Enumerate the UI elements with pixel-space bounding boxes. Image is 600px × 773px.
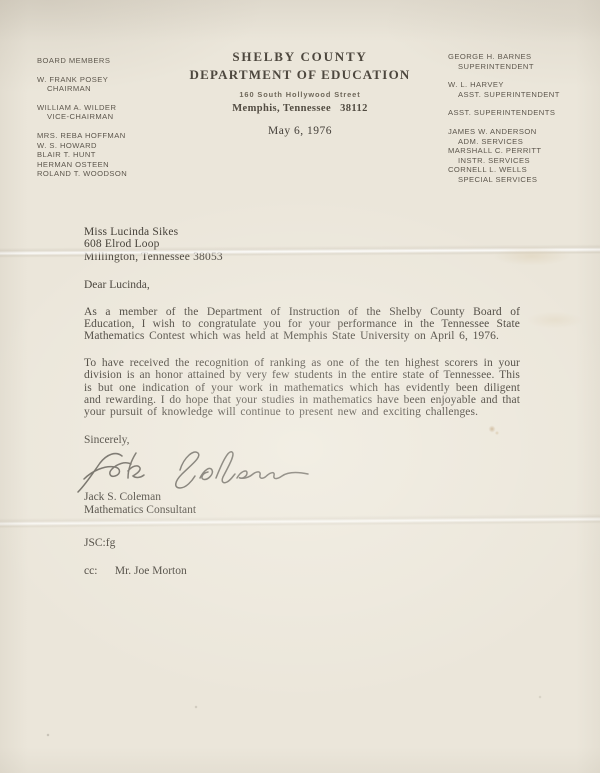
board-member-name: HERMAN OSTEEN — [37, 160, 127, 170]
letterhead-board-column: BOARD MEMBERS W. FRANK POSEY CHAIRMAN WI… — [37, 56, 127, 188]
admin-name: GEORGE H. BARNES — [448, 52, 578, 62]
superintendent: GEORGE H. BARNES SUPERINTENDENT — [448, 52, 578, 71]
admin-name: MARSHALL C. PERRITT — [448, 146, 578, 156]
board-member-title: CHAIRMAN — [37, 84, 127, 94]
reference-initials: JSC:fg — [84, 537, 520, 549]
board-member-name: W. FRANK POSEY — [37, 75, 127, 85]
organization-name-line2: DEPARTMENT OF EDUCATION — [150, 67, 450, 83]
cc-name: Mr. Joe Morton — [115, 565, 187, 577]
admin-name: JAMES W. ANDERSON — [448, 127, 578, 137]
cc-line: cc: Mr. Joe Morton — [84, 565, 520, 577]
letterhead-admin-column: GEORGE H. BARNES SUPERINTENDENT W. L. HA… — [448, 52, 578, 194]
board-member-name: WILLIAM A. WILDER — [37, 103, 127, 113]
admin-title: SUPERINTENDENT — [448, 62, 578, 72]
recipient-address: Miss Lucinda Sikes 608 Elrod Loop Millin… — [84, 226, 520, 263]
board-heading: BOARD MEMBERS — [37, 56, 127, 66]
admin-name: W. L. HARVEY — [448, 80, 578, 90]
admin-dept: INSTR. SERVICES — [448, 156, 578, 166]
letter-date: May 6, 1976 — [150, 125, 450, 137]
admin-dept: ADM. SERVICES — [448, 137, 578, 147]
organization-city: Memphis, Tennessee 38112 — [150, 103, 450, 114]
recipient-street: 608 Elrod Loop — [84, 238, 520, 250]
salutation: Dear Lucinda, — [84, 279, 520, 291]
signature-block: Jack S. Coleman Mathematics Consultant — [84, 491, 520, 516]
recipient-city: Millington, Tennessee 38053 — [84, 251, 520, 263]
board-chairman: W. FRANK POSEY CHAIRMAN — [37, 75, 127, 94]
sender-title: Mathematics Consultant — [84, 504, 520, 517]
board-member-name: W. S. HOWARD — [37, 141, 127, 151]
admin-dept: SPECIAL SERVICES — [448, 175, 578, 185]
assistant-superintendent: W. L. HARVEY ASST. SUPERINTENDENT — [448, 80, 578, 99]
recipient-name: Miss Lucinda Sikes — [84, 226, 520, 238]
board-member-title: VICE-CHAIRMAN — [37, 112, 127, 122]
board-vice-chairman: WILLIAM A. WILDER VICE-CHAIRMAN — [37, 103, 127, 122]
letterhead-center: SHELBY COUNTY DEPARTMENT OF EDUCATION 16… — [150, 49, 450, 137]
letter-body: Miss Lucinda Sikes 608 Elrod Loop Millin… — [84, 226, 520, 577]
organization-street: 160 South Hollywood Street — [150, 90, 450, 99]
admin-title: ASST. SUPERINTENDENT — [448, 90, 578, 100]
asst-superintendents-heading: ASST. SUPERINTENDENTS — [448, 108, 578, 118]
asst-superintendents-list: JAMES W. ANDERSON ADM. SERVICES MARSHALL… — [448, 127, 578, 185]
board-member-name: MRS. REBA HOFFMAN — [37, 131, 127, 141]
board-member-name: ROLAND T. WOODSON — [37, 169, 127, 179]
closing: Sincerely, — [84, 434, 520, 446]
board-member-name: BLAIR T. HUNT — [37, 150, 127, 160]
handwritten-signature — [76, 447, 520, 491]
board-member-list: MRS. REBA HOFFMAN W. S. HOWARD BLAIR T. … — [37, 131, 127, 179]
body-paragraph: As a member of the Department of Instruc… — [84, 306, 520, 343]
admin-name: CORNELL L. WELLS — [448, 165, 578, 175]
cc-label: cc: — [84, 565, 112, 577]
body-paragraph: To have received the recognition of rank… — [84, 357, 520, 419]
organization-name-line1: SHELBY COUNTY — [150, 49, 450, 65]
letter-page: BOARD MEMBERS W. FRANK POSEY CHAIRMAN WI… — [0, 0, 600, 773]
